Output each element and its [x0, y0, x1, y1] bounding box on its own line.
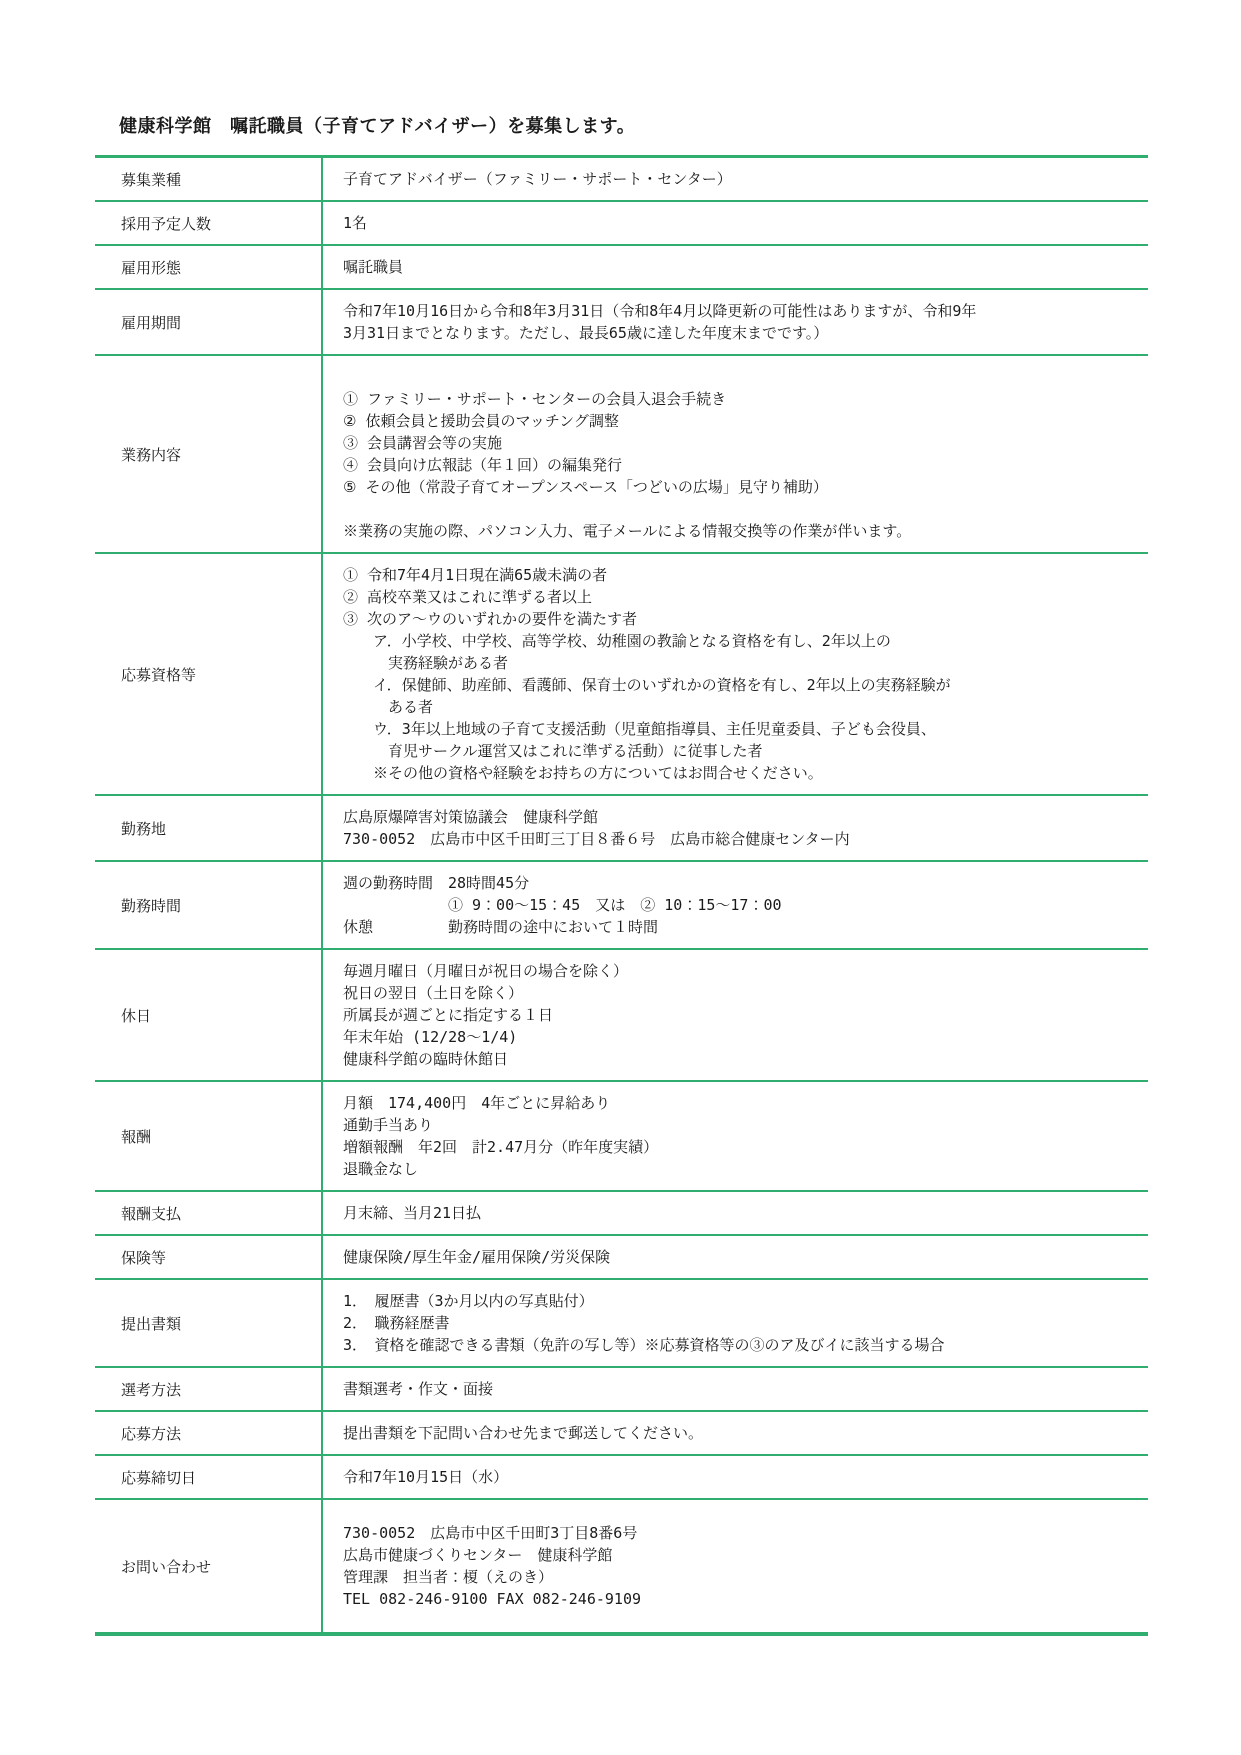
- table-row-contact-info: お問い合わせ 730-0052 広島市中区千田町3丁目8番6号 広島市健康づくり…: [95, 1500, 1148, 1632]
- field-value: 毎週月曜日（月曜日が祝日の場合を除く） 祝日の翌日（土日を除く） 所属長が週ごと…: [343, 960, 628, 1070]
- field-value: 嘱託職員: [343, 256, 403, 278]
- field-label: 応募方法: [95, 1412, 323, 1454]
- field-label: 応募資格等: [95, 554, 323, 794]
- table-row-insurance: 保険等 健康保険/厚生年金/雇用保険/労災保険: [95, 1236, 1148, 1280]
- field-label: 選考方法: [95, 1368, 323, 1410]
- table-row-selection-method: 選考方法 書類選考・作文・面接: [95, 1368, 1148, 1412]
- field-label: 報酬: [95, 1082, 323, 1190]
- table-row-holidays: 休日 毎週月曜日（月曜日が祝日の場合を除く） 祝日の翌日（土日を除く） 所属長が…: [95, 950, 1148, 1082]
- field-label: お問い合わせ: [95, 1500, 323, 1632]
- table-row-job-duties: 業務内容 ① ファミリー・サポート・センターの会員入退会手続き ② 依頼会員と援…: [95, 356, 1148, 554]
- field-value: 令和7年10月16日から令和8年3月31日（令和8年4月以降更新の可能性はありま…: [343, 300, 976, 344]
- field-label: 募集業種: [95, 158, 323, 200]
- field-value: 提出書類を下記問い合わせ先まで郵送してください。: [343, 1422, 703, 1444]
- field-label: 雇用期間: [95, 290, 323, 354]
- page-title: 健康科学館 嘱託職員（子育てアドバイザー）を募集します。: [119, 112, 635, 138]
- table-row-application-deadline: 応募締切日 令和7年10月15日（水）: [95, 1456, 1148, 1500]
- field-value: ① ファミリー・サポート・センターの会員入退会手続き ② 依頼会員と援助会員のマ…: [343, 366, 911, 542]
- table-row-payment-terms: 報酬支払 月末締、当月21日払: [95, 1192, 1148, 1236]
- job-posting-table: 募集業種 子育てアドバイザー（ファミリー・サポート・センター） 採用予定人数 1…: [95, 155, 1148, 1636]
- table-row-recruitment-type: 募集業種 子育てアドバイザー（ファミリー・サポート・センター）: [95, 158, 1148, 202]
- field-value: 730-0052 広島市中区千田町3丁目8番6号 広島市健康づくりセンター 健康…: [343, 1522, 641, 1610]
- field-label: 業務内容: [95, 356, 323, 552]
- field-label: 勤務時間: [95, 862, 323, 948]
- field-value: 広島原爆障害対策協議会 健康科学館 730-0052 広島市中区千田町三丁目８番…: [343, 806, 850, 850]
- field-value: 令和7年10月15日（水）: [343, 1466, 508, 1488]
- table-row-planned-hires: 採用予定人数 1名: [95, 202, 1148, 246]
- field-value: 週の勤務時間 28時間45分 ① 9：00～15：45 又は ② 10：15～1…: [343, 872, 782, 938]
- field-label: 報酬支払: [95, 1192, 323, 1234]
- table-row-employment-type: 雇用形態 嘱託職員: [95, 246, 1148, 290]
- field-label: 採用予定人数: [95, 202, 323, 244]
- field-value: 子育てアドバイザー（ファミリー・サポート・センター）: [343, 168, 732, 190]
- field-value: 1名: [343, 212, 367, 234]
- field-label: 雇用形態: [95, 246, 323, 288]
- table-row-application-method: 応募方法 提出書類を下記問い合わせ先まで郵送してください。: [95, 1412, 1148, 1456]
- field-label: 休日: [95, 950, 323, 1080]
- field-value: ① 令和7年4月1日現在満65歳未満の者 ② 高校卒業又はこれに準ずる者以上 ③…: [343, 564, 951, 784]
- field-value: 健康保険/厚生年金/雇用保険/労災保険: [343, 1246, 610, 1268]
- table-row-qualifications: 応募資格等 ① 令和7年4月1日現在満65歳未満の者 ② 高校卒業又はこれに準ず…: [95, 554, 1148, 796]
- table-row-required-documents: 提出書類 1． 履歴書（3か月以内の写真貼付） 2． 職務経歴書 3． 資格を確…: [95, 1280, 1148, 1368]
- table-row-remuneration: 報酬 月額 174,400円 4年ごとに昇給あり 通勤手当あり 増額報酬 年2回…: [95, 1082, 1148, 1192]
- field-value: 月額 174,400円 4年ごとに昇給あり 通勤手当あり 増額報酬 年2回 計2…: [343, 1092, 658, 1180]
- field-value: 書類選考・作文・面接: [343, 1378, 493, 1400]
- field-label: 応募締切日: [95, 1456, 323, 1498]
- field-label: 勤務地: [95, 796, 323, 860]
- field-value: 月末締、当月21日払: [343, 1202, 481, 1224]
- table-row-work-location: 勤務地 広島原爆障害対策協議会 健康科学館 730-0052 広島市中区千田町三…: [95, 796, 1148, 862]
- field-label: 提出書類: [95, 1280, 323, 1366]
- field-label: 保険等: [95, 1236, 323, 1278]
- table-row-work-hours: 勤務時間 週の勤務時間 28時間45分 ① 9：00～15：45 又は ② 10…: [95, 862, 1148, 950]
- table-row-employment-period: 雇用期間 令和7年10月16日から令和8年3月31日（令和8年4月以降更新の可能…: [95, 290, 1148, 356]
- field-value: 1． 履歴書（3か月以内の写真貼付） 2． 職務経歴書 3． 資格を確認できる書…: [343, 1290, 945, 1356]
